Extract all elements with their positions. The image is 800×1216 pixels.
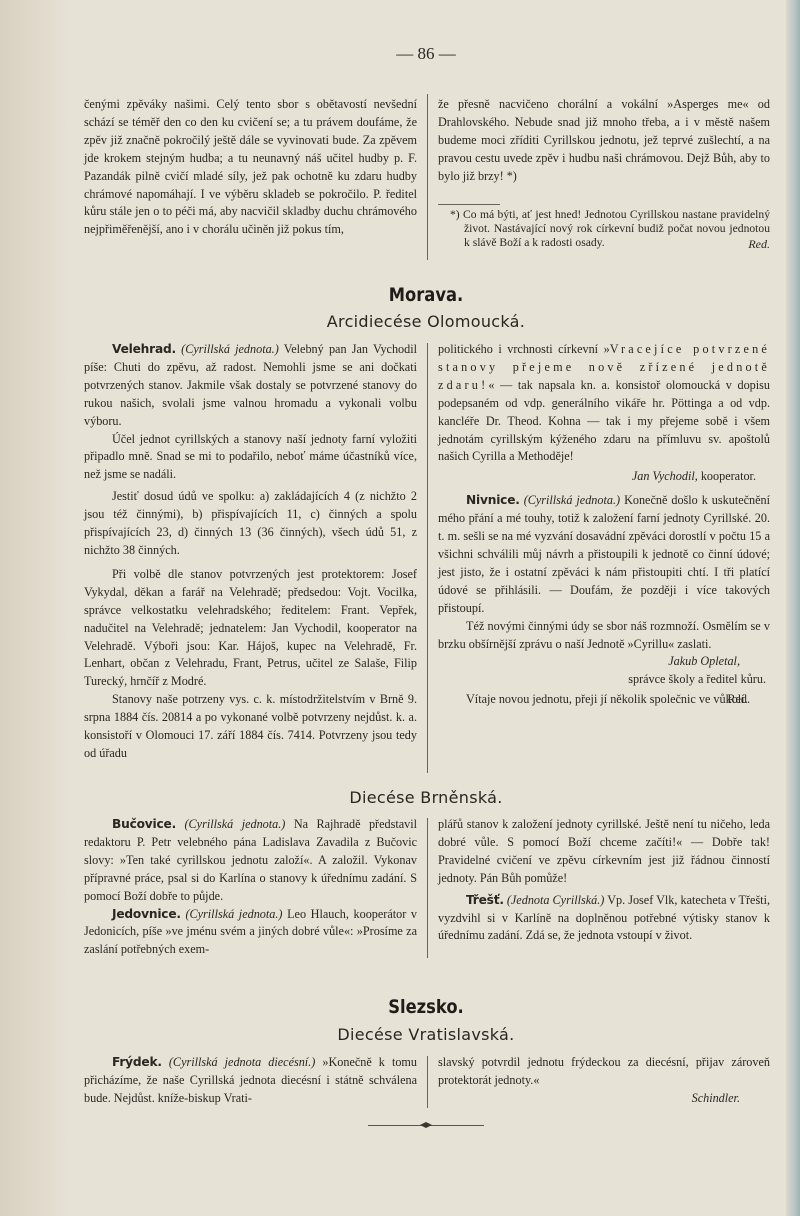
section-title-morava: Morava.	[60, 284, 793, 306]
top-left-column: čenými zpěváky našimi. Celý tento sbor s…	[84, 96, 417, 239]
footnote: *) Co má býti, ať jest hned! Jednotou Cy…	[438, 208, 770, 251]
signature-role: kooperator.	[701, 469, 756, 483]
signature-name: Jan Vychodil,	[632, 469, 698, 483]
org-name: (Cyrillská jednota.)	[524, 493, 620, 507]
paragraph: čenými zpěváky našimi. Celý tento sbor s…	[84, 96, 417, 239]
signature-name: Jakub Opletal,	[438, 653, 770, 671]
org-name: (Cyrillská jednota.)	[185, 907, 282, 921]
editor-note-text: Vítaje novou jednotu, přeji jí několik s…	[466, 692, 748, 706]
frydek-continued-column: slavský potvrdil jednotu frýdeckou za di…	[438, 1054, 770, 1108]
top-right-column: že přesně nacvičeno chorální a vokální »…	[438, 96, 770, 186]
brno-left-column: Bučovice. (Cyrillská jednota.) Na Rajhra…	[84, 816, 417, 959]
paragraph: plářů stanov k založení jednoty cyrillsk…	[438, 816, 770, 888]
paragraph: Konečně došlo k uskutečnění mého přání a…	[438, 493, 770, 614]
place-name: Nivnice.	[466, 493, 520, 507]
page-number: — 86 —	[0, 44, 800, 64]
paragraph: že přesně nacvičeno chorální a vokální »…	[438, 96, 770, 186]
paragraph: Stanovy naše potrzeny vys. c. k. místodr…	[84, 691, 417, 763]
diamond-icon	[420, 1122, 432, 1128]
org-name: (Cyrillská jednota diecésní.)	[169, 1055, 315, 1069]
paragraph: « — tak napsala kn. a. konsistoř olomouc…	[438, 378, 770, 464]
place-name: Třešť.	[466, 893, 504, 907]
diocese-title-brno: Diecése Brněnská.	[0, 788, 800, 807]
signature-role: správce školy a ředitel kůru.	[438, 671, 770, 689]
paragraph: politického i vrchnosti církevní »	[438, 342, 610, 356]
diocese-title-vratislav: Diecése Vratislavská.	[0, 1025, 800, 1044]
column-divider	[427, 1056, 428, 1108]
section-title-slezsko: Slezsko.	[60, 996, 793, 1018]
paragraph: Též novými činnými údy se sbor náš rozmn…	[438, 618, 770, 654]
frydek-column: Frýdek. (Cyrillská jednota diecésní.) »K…	[84, 1054, 417, 1108]
end-ornament	[368, 1122, 484, 1130]
place-name: Jedovnice.	[112, 907, 181, 921]
place-name: Frýdek.	[112, 1055, 162, 1069]
footnote-rule	[438, 204, 500, 205]
paragraph: Jestiť dosud údů ve spolku: a) zakládají…	[84, 488, 417, 560]
org-name: (Cyrillská jednota.)	[181, 342, 279, 356]
column-divider	[427, 94, 428, 260]
paragraph: slavský potvrdil jednotu frýdeckou za di…	[438, 1054, 770, 1090]
org-name: (Jednota Cyrillská.)	[507, 893, 605, 907]
column-divider	[427, 818, 428, 958]
paragraph: Při volbě dle stanov potvrzených jest pr…	[84, 566, 417, 691]
place-name: Bučovice.	[112, 817, 176, 831]
brno-right-column: plářů stanov k založení jednoty cyrillsk…	[438, 816, 770, 945]
signature-name: Schindler.	[438, 1090, 770, 1108]
place-name: Velehrad.	[112, 342, 176, 356]
velehrad-column: Velehrad. (Cyrillská jednota.) Velebný p…	[84, 341, 417, 763]
paragraph: Účel jednot cyrillských a stanovy naší j…	[84, 431, 417, 485]
diocese-title-olomouc: Arcidiecése Olomoucká.	[0, 312, 800, 331]
column-divider	[427, 343, 428, 773]
editor-note: Vítaje novou jednotu, přeji jí několik s…	[438, 691, 770, 709]
velehrad-continued-column: politického i vrchnosti církevní »Vracej…	[438, 341, 770, 709]
org-name: (Cyrillská jednota.)	[184, 817, 285, 831]
